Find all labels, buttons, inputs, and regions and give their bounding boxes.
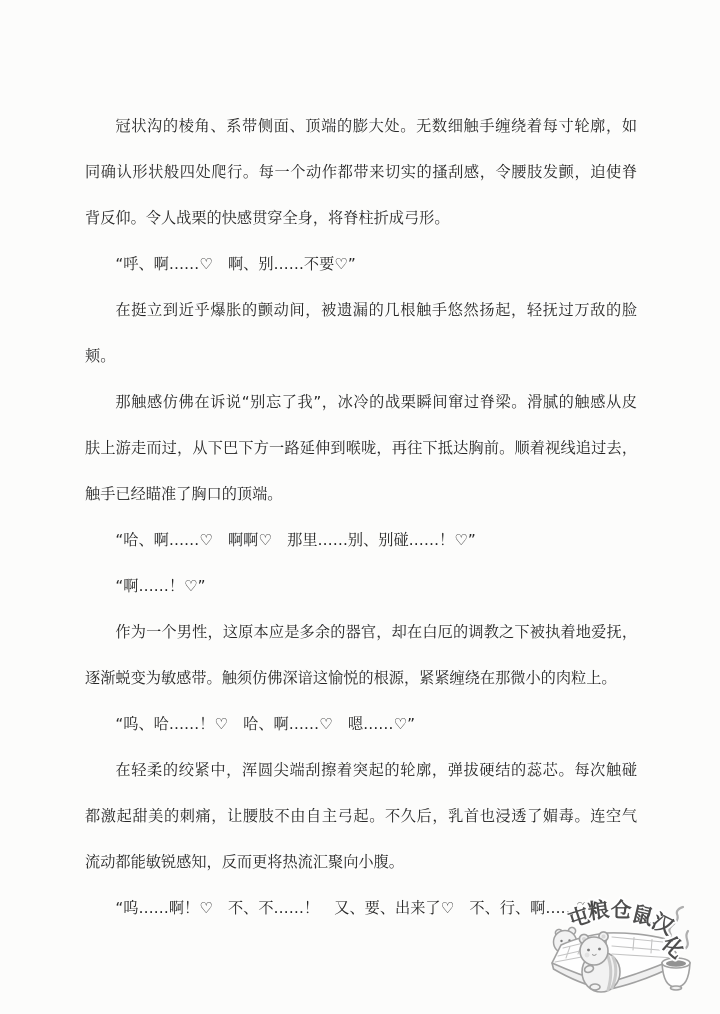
document-page: 冠状沟的棱角、系带侧面、顶端的膨大处。无数细触手缠绕着每寸轮廓，如同确认形状般四…: [0, 0, 720, 1014]
paragraph-line: 背反仰。令人战栗的快感贯穿全身，将脊柱折成弓形。: [85, 195, 637, 241]
paragraph-line: 肤上游走而过，从下巴下方一路延伸到喉咙，再往下抵达胸前。顺着视线追过去，: [85, 425, 637, 471]
watermark-char: 粮: [586, 897, 610, 924]
dialogue-line: “啊……！♡”: [85, 563, 637, 609]
paragraph-line: 触手已经瞄准了胸口的顶端。: [85, 471, 637, 517]
dialogue-line: “呼、啊……♡ 啊、别……不要♡”: [85, 241, 637, 287]
paragraph-line: 流动都能敏锐感知，反而更将热流汇聚向小腹。: [85, 839, 637, 885]
novel-page-text: 冠状沟的棱角、系带侧面、顶端的膨大处。无数细触手缠绕着每寸轮廓，如同确认形状般四…: [85, 103, 637, 931]
paragraph-line: 在轻柔的绞紧中，浑圆尖端刮擦着突起的轮廓，弹拔硬结的蕊芯。每次触碰: [85, 747, 637, 793]
paragraph-line: 那触感仿佛在诉说“别忘了我”，冰冷的战栗瞬间窜过脊梁。滑腻的触感从皮: [85, 379, 637, 425]
watermark-illustration: 屯 粮 仓 鼠 汉 化: [551, 891, 720, 1014]
paragraph-line: 在挺立到近乎爆胀的颤动间，被遗漏的几根触手悠然扬起，轻抚过万敌的脸: [85, 287, 637, 333]
paragraph-line: 都激起甜美的刺痛，让腰肢不由自主弓起。不久后，乳首也浸透了媚毒。连空气: [85, 793, 637, 839]
paragraph-line: 同确认形状般四处爬行。每一个动作都带来切实的搔刮感，令腰肢发颤，迫使脊: [85, 149, 637, 195]
dialogue-line: “哈、啊……♡ 啊啊♡ 那里……别、别碰……！♡”: [85, 517, 637, 563]
paragraph-line: 冠状沟的棱角、系带侧面、顶端的膨大处。无数细触手缠绕着每寸轮廓，如: [85, 103, 637, 149]
dialogue-line: “呜、哈……！♡ 哈、啊……♡ 嗯……♡”: [85, 701, 637, 747]
paragraph-line: 逐渐蜕变为敏感带。触须仿佛深谙这愉悦的根源，紧紧缠绕在那微小的肉粒上。: [85, 655, 637, 701]
paragraph-line: 颊。: [85, 333, 637, 379]
paragraph-line: 作为一个男性，这原本应是多余的器官，却在白厄的调教之下被执着地爱抚，: [85, 609, 637, 655]
teacup-icon: [662, 958, 690, 990]
translation-group-watermark: 屯 粮 仓 鼠 汉 化: [551, 891, 720, 1014]
watermark-char: 仓: [610, 898, 631, 922]
